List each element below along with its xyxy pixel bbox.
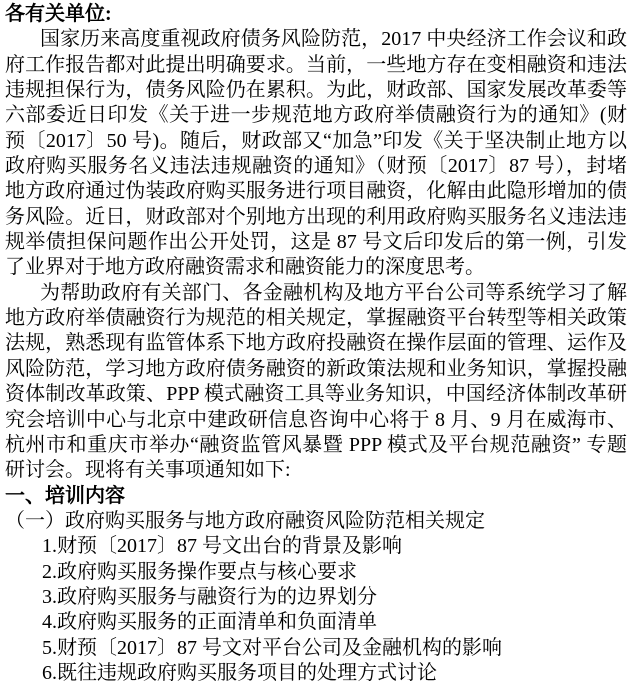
salutation-line: 各有关单位: <box>5 2 627 27</box>
list-item-topic-5: 5.财预〔2017〕87 号文对平台公司及金融机构的影响 <box>5 636 627 661</box>
training-topic-list: 1.财预〔2017〕87 号文出台的背景及影响 2.政府购买服务操作要点与核心要… <box>5 534 627 685</box>
notice-document-page: 各有关单位: 国家历来高度重视政府债务风险防范，2017 中央经济工作会议和政府… <box>0 0 632 685</box>
list-item-topic-3: 3.政府购买服务与融资行为的边界划分 <box>5 585 627 610</box>
subsection-heading-regulations: （一）政府购买服务与地方政府融资风险防范相关规定 <box>5 509 627 534</box>
list-item-topic-6: 6.既往违规政府购买服务项目的处理方式讨论 <box>5 661 627 685</box>
list-item-topic-4: 4.政府购买服务的正面清单和负面清单 <box>5 610 627 635</box>
paragraph-purpose: 为帮助政府有关部门、各金融机构及地方平台公司等系统学习了解地方政府举债融资行为规… <box>5 281 627 484</box>
list-item-topic-2: 2.政府购买服务操作要点与核心要求 <box>5 560 627 585</box>
paragraph-background: 国家历来高度重视政府债务风险防范，2017 中央经济工作会议和政府工作报告都对此… <box>5 27 627 280</box>
list-item-topic-1: 1.财预〔2017〕87 号文出台的背景及影响 <box>5 534 627 559</box>
section-heading-training-content: 一、培训内容 <box>5 484 627 509</box>
